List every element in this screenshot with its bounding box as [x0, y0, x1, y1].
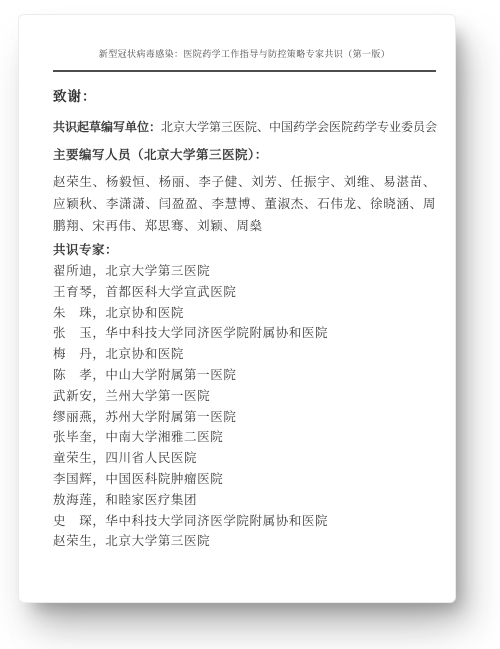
expert-separator: ，: [92, 326, 105, 340]
expert-separator: ，: [92, 306, 105, 320]
page-canvas: 新型冠状病毒感染：医院药学工作指导与防控策略专家共识（第一版） 致谢： 共识起草…: [0, 0, 500, 649]
expert-separator: ，: [92, 368, 105, 382]
main-writers-names: 赵荣生、杨毅恒、杨丽、李子健、刘芳、任振宇、刘维、易湛苗、应颖秋、李潇潇、闫盈盈…: [53, 171, 436, 237]
expert-affiliation: 和睦家医疗集团: [105, 493, 197, 507]
expert-affiliation: 华中科技大学同济医学院附属协和医院: [105, 514, 328, 528]
expert-affiliation: 苏州大学附属第一医院: [105, 410, 236, 424]
expert-name: 史 琛: [53, 514, 92, 528]
expert-name: 李国辉: [53, 472, 92, 486]
expert-row: 朱 珠，北京协和医院: [53, 303, 436, 324]
document-sheet: 新型冠状病毒感染：医院药学工作指导与防控策略专家共识（第一版） 致谢： 共识起草…: [18, 14, 456, 603]
expert-row: 武新安，兰州大学第一医院: [53, 386, 436, 407]
expert-affiliation: 中南大学湘雅二医院: [105, 430, 223, 444]
expert-separator: ，: [92, 472, 105, 486]
expert-separator: ，: [92, 514, 105, 528]
expert-name: 王育琴: [53, 285, 92, 299]
expert-name: 梅 丹: [53, 347, 92, 361]
expert-affiliation: 北京协和医院: [105, 347, 184, 361]
expert-separator: ，: [92, 410, 105, 424]
experts-list: 翟所迪，北京大学第三医院 王育琴，首都医科大学宣武医院 朱 珠，北京协和医院 张…: [53, 261, 436, 552]
main-writers-heading: 主要编写人员（北京大学第三医院）：: [53, 146, 436, 164]
expert-affiliation: 中山大学附属第一医院: [105, 368, 236, 382]
expert-affiliation: 四川省人民医院: [105, 451, 197, 465]
expert-separator: ，: [92, 264, 105, 278]
expert-separator: ，: [92, 493, 105, 507]
expert-separator: ，: [92, 347, 105, 361]
expert-row: 王育琴，首都医科大学宣武医院: [53, 282, 436, 303]
expert-row: 张 玉，华中科技大学同济医学院附属协和医院: [53, 323, 436, 344]
expert-affiliation: 北京协和医院: [105, 306, 184, 320]
expert-name: 赵荣生: [53, 534, 92, 548]
expert-separator: ，: [92, 430, 105, 444]
expert-name: 陈 孝: [53, 368, 92, 382]
expert-separator: ，: [92, 451, 105, 465]
expert-name: 武新安: [53, 389, 92, 403]
drafting-unit-value: 北京大学第三医院、中国药学会医院药学专业委员会: [161, 120, 437, 134]
expert-affiliation: 北京大学第三医院: [105, 264, 210, 278]
expert-separator: ，: [92, 285, 105, 299]
running-header: 新型冠状病毒感染：医院药学工作指导与防控策略专家共识（第一版）: [53, 47, 436, 61]
expert-row: 张毕奎，中南大学湘雅二医院: [53, 427, 436, 448]
expert-name: 缪丽燕: [53, 410, 92, 424]
expert-name: 张 玉: [53, 326, 92, 340]
expert-row: 赵荣生，北京大学第三医院: [53, 531, 436, 552]
expert-name: 张毕奎: [53, 430, 92, 444]
expert-affiliation: 北京大学第三医院: [105, 534, 210, 548]
experts-heading: 共识专家：: [53, 241, 436, 259]
drafting-unit-line: 共识起草编写单位：北京大学第三医院、中国药学会医院药学专业委员会: [53, 118, 436, 136]
header-rule: [53, 70, 436, 72]
expert-affiliation: 兰州大学第一医院: [105, 389, 210, 403]
expert-affiliation: 首都医科大学宣武医院: [105, 285, 236, 299]
expert-affiliation: 华中科技大学同济医学院附属协和医院: [105, 326, 328, 340]
expert-row: 敖海莲，和睦家医疗集团: [53, 490, 436, 511]
expert-row: 李国辉，中国医科院肿瘤医院: [53, 469, 436, 490]
expert-name: 敖海莲: [53, 493, 92, 507]
expert-row: 陈 孝，中山大学附属第一医院: [53, 365, 436, 386]
expert-name: 朱 珠: [53, 306, 92, 320]
expert-name: 童荣生: [53, 451, 92, 465]
drafting-unit-label: 共识起草编写单位：: [53, 120, 161, 134]
expert-name: 翟所迪: [53, 264, 92, 278]
expert-row: 缪丽燕，苏州大学附属第一医院: [53, 407, 436, 428]
acknowledgment-heading: 致谢：: [53, 88, 436, 106]
expert-separator: ，: [92, 389, 105, 403]
expert-row: 童荣生，四川省人民医院: [53, 448, 436, 469]
expert-row: 史 琛，华中科技大学同济医学院附属协和医院: [53, 511, 436, 532]
expert-row: 翟所迪，北京大学第三医院: [53, 261, 436, 282]
expert-affiliation: 中国医科院肿瘤医院: [105, 472, 223, 486]
expert-separator: ，: [92, 534, 105, 548]
expert-row: 梅 丹，北京协和医院: [53, 344, 436, 365]
